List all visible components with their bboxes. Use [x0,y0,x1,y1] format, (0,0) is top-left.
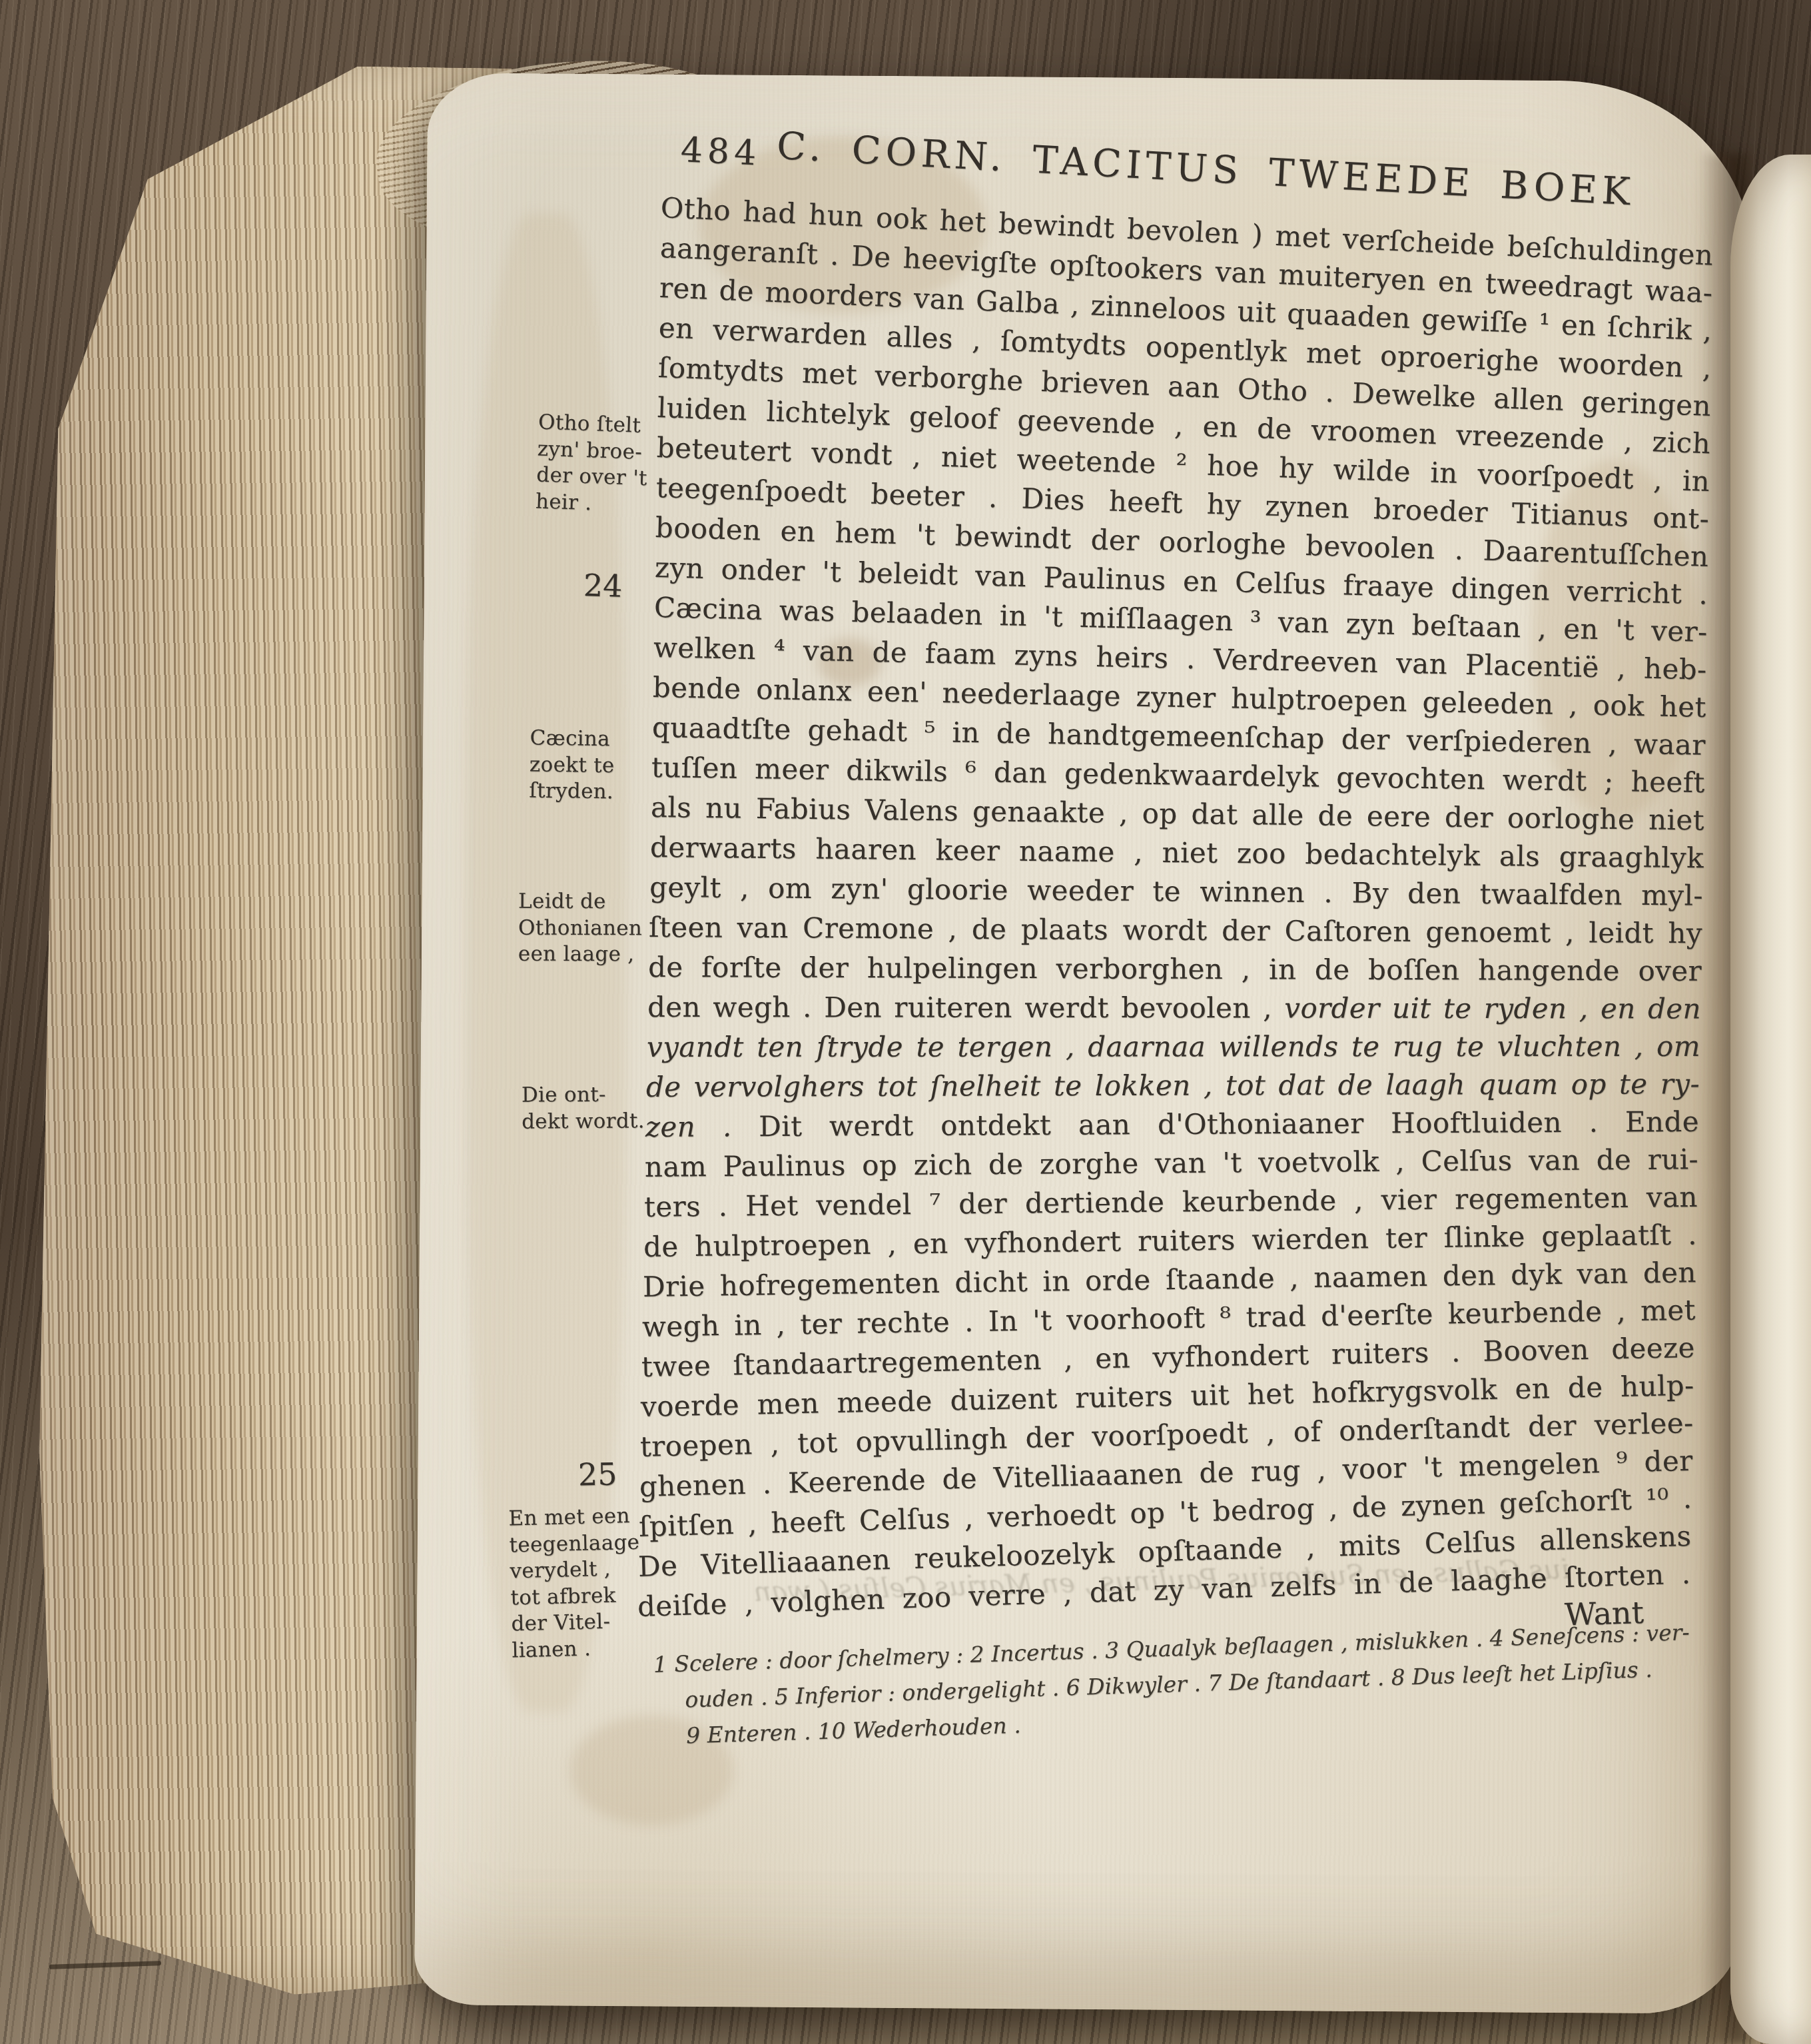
text-line: de forſte der hulpelingen verborghen , i… [648,947,1702,991]
text-line: vyandt ten ſtryde te tergen , daarnaa wi… [647,1027,1700,1067]
text-line: den wegh . Den ruiteren werdt bevoolen ,… [647,987,1701,1029]
body-lines: Otho had hun ook het bewindt bevolen ) m… [661,188,1714,1627]
text-segment: derwaarts haaren keer naame , niet zoo b… [650,831,1704,874]
printed-page-text: 484 C. CORN. TACITUS TWEEDE BOEK Otho ha… [0,0,1811,2044]
chapter-number-25: 25 [577,1456,617,1492]
margin-note-caecina: Cæcina zoekt te ſtryden. [529,726,667,806]
margin-note-teegenlaage: En met een teegenlaage verydelt , tot af… [508,1503,649,1664]
text-segment-italic: vyandt ten ſtryde te tergen , daarnaa wi… [647,1030,1700,1063]
footnotes-block: 1 Scelere : door ſchelmery : 2 Incertus … [653,1614,1700,1755]
text-line: de vervolghers tot ſnelheit te lokken , … [646,1064,1700,1107]
margin-note-otho: Otho ſtelt zyn' broe- der over 't heir . [535,409,675,519]
text-segment: geylt , om zyn' gloorie weeder te winnen… [649,871,1703,912]
text-segment: de forſte der hulpelingen verborghen , i… [648,951,1702,987]
text-segment: ſteen van Cremone , de plaats wordt der … [649,911,1702,949]
page-number: 484 [680,130,762,173]
photo-of-open-book: 484 C. CORN. TACITUS TWEEDE BOEK Otho ha… [0,0,1811,2044]
text-segment: den wegh . Den ruiteren werdt bevoolen , [647,991,1284,1025]
margin-note-ontdekt: Die ont- dekt wordt. [522,1081,659,1135]
margin-note-laage: Leidt de Othonianen een laage , [518,889,655,968]
text-segment-italic: vorder uit te ryden , en den [1284,992,1701,1025]
text-segment-italic: zen . [645,1110,732,1143]
text-line: ſteen van Cremone , de plaats wordt der … [649,907,1702,953]
chapter-number-24: 24 [583,567,623,604]
text-segment: Dit werdt ontdekt aan d'Othoniaaner Hoof… [731,1105,1699,1143]
text-segment: nam Paulinus op zich de zorghe van 't vo… [645,1143,1698,1183]
text-segment-italic: de vervolghers tot ſnelheit te lokken , … [646,1067,1700,1103]
